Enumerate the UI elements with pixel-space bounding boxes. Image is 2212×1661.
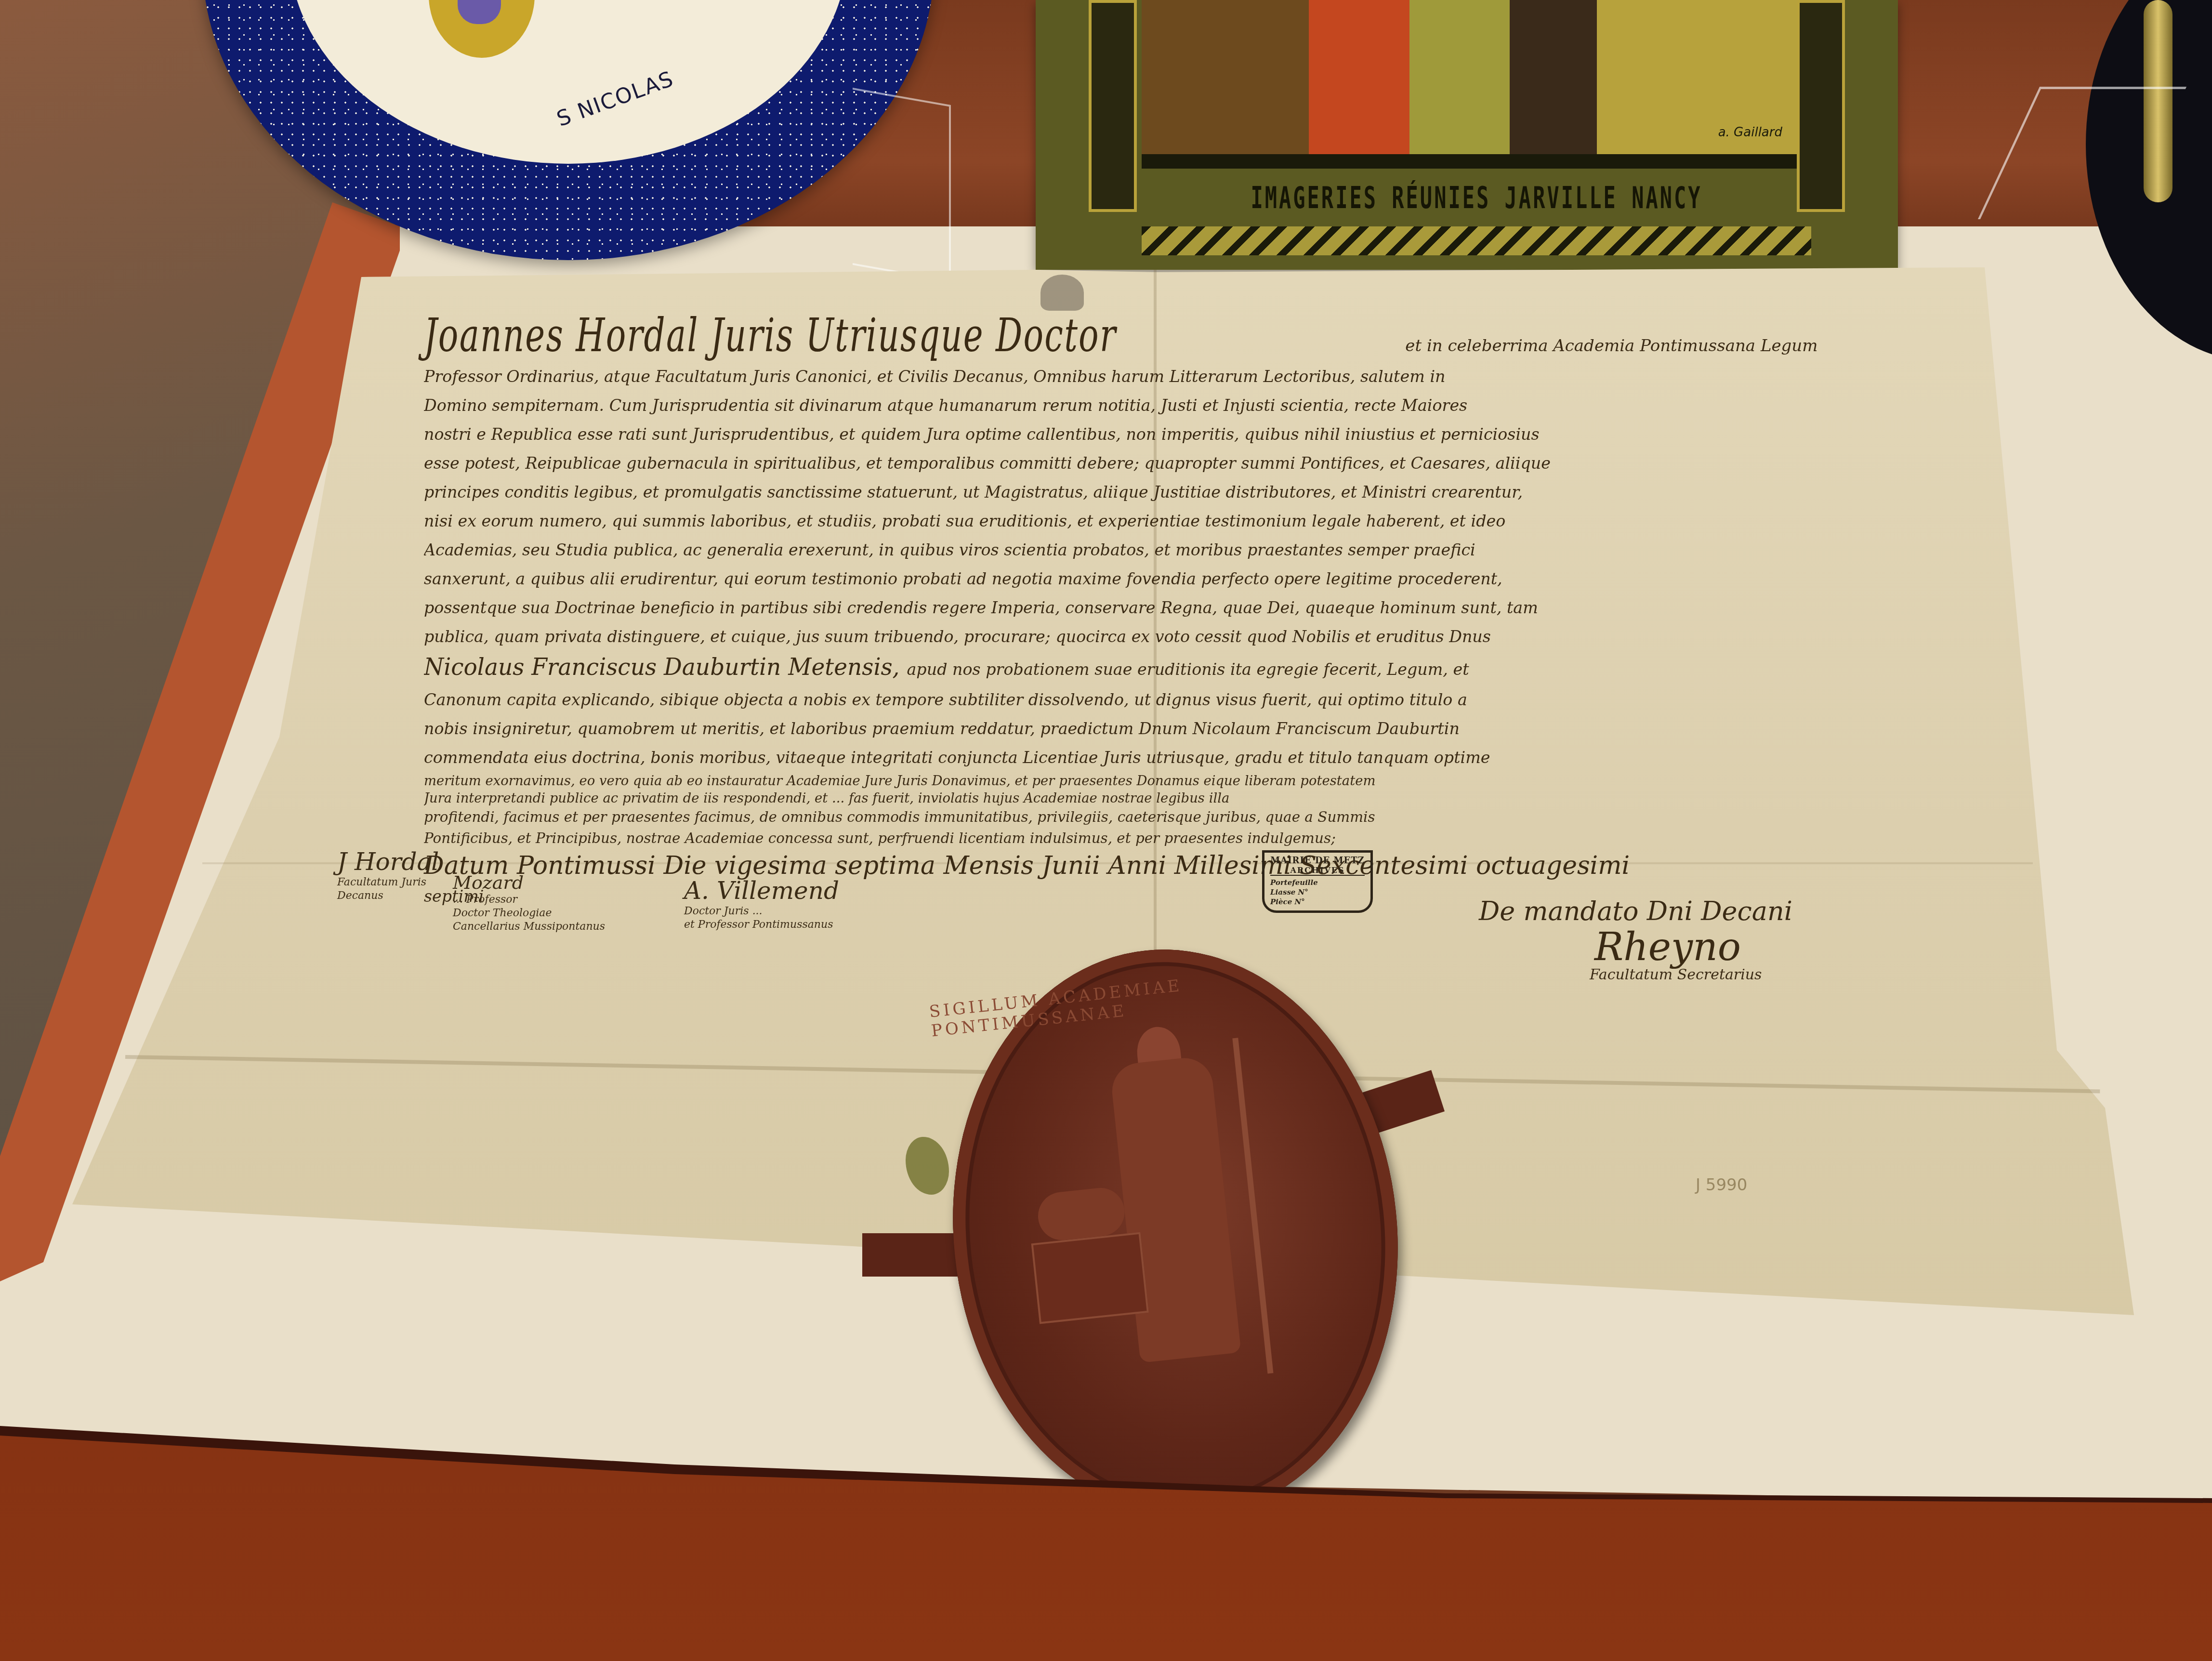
stamp-field: Portefeuille [1270,878,1365,887]
text-line: principes conditis legibus, et promulgat… [424,478,2005,507]
candidate-line-rest: apud nos probationem suae eruditionis it… [907,660,1469,679]
text-line: Jura interpretandi publice ac privatim d… [424,790,2005,807]
text-line: Academias, seu Studia publica, ac genera… [424,536,2005,565]
text-line: profitendi, facimus et per praesentes fa… [424,807,2005,828]
archives-stamp: MAIRIE DE METZ ARCHIVES Portefeuille Lia… [1262,850,1373,913]
text-line: nobis insigniretur, quamobrem ut meritis… [424,714,2005,743]
diploma-text: Joannes Hordal Juris Utriusque Doctor et… [424,308,2038,911]
stamp-title: MAIRIE DE METZ [1270,856,1365,866]
signature-title: Cancellarius Mussipontanus [453,920,605,934]
poster-pillar-left [1089,0,1137,212]
poster-signature: a. Gaillard [1718,125,1782,140]
wax-seal: SIGILLUM ACADEMIAE PONTIMUSSANAE [925,927,1425,1539]
text-line: nostri e Republica esse rati sunt Jurisp… [424,420,2005,449]
signature-title: Doctor Juris ... [684,905,839,918]
poster-illustration: a. Gaillard [1142,0,1811,169]
poster-banner: IMAGERIES RÉUNIES JARVILLE NANCY [1142,169,1811,226]
stamp-field: Liasse N° [1270,887,1365,897]
text-line: Pontificibus, et Principibus, nostrae Ac… [424,828,2005,849]
text-line: nisi ex eorum numero, qui summis laborib… [424,507,2005,536]
signatures-block: J Hordal Facultatum Juris Decanus Mozard… [337,848,915,973]
signature-title: Decanus [337,889,439,903]
stamp-field: Pièce N° [1270,897,1365,907]
tub-icon [1031,1232,1149,1324]
seal-ribbon-left [862,1233,959,1277]
heading-tail: et in celeberrima Academia Pontimussana … [1405,336,1817,356]
text-line: Domino sempiternam. Cum Jurisprudentia s… [424,391,2005,420]
secretary-signature: Rheyno [1594,924,1792,969]
plate-robe [458,0,501,24]
candidate-line: Nicolaus Franciscus Dauburtin Metensis, … [424,651,2005,685]
signature-title: Facultatum Juris [337,876,439,889]
signature-title: Doctor Theologiae [453,907,605,920]
text-line: commendata eius doctrina, bonis moribus,… [424,743,2005,772]
text-line: esse potest, Reipublicae gubernacula in … [424,449,2005,478]
secretary-role: Facultatum Secretarius [1590,966,1792,983]
plate-center [289,0,848,164]
signature-title: ... Professor [453,893,605,907]
text-line: sanxerunt, a quibus alii erudirentur, qu… [424,565,2005,593]
signature-hordal: J Hordal Facultatum Juris Decanus [337,848,439,903]
signature-villemend: A. Villemend Doctor Juris ... et Profess… [684,877,839,932]
text-line: publica, quam privata distinguere, et cu… [424,622,2005,651]
text-line: meritum exornavimus, eo vero quia ab eo … [424,772,2005,790]
text-line: Professor Ordinarius, atque Facultatum J… [424,362,2005,391]
pelican-emblem-icon [1040,275,1084,311]
museum-display-scene: S NICOLAS a. Gaillard IMAGERIES RÉUNIES … [0,0,2212,1661]
signature-name: J Hordal [337,848,439,876]
signature-name: A. Villemend [684,877,839,905]
candidate-name: Nicolaus Franciscus Dauburtin Metensis, [424,654,900,681]
mandate-block: De mandato Dni Decani Rheyno Facultatum … [1479,896,1792,983]
mandate-line: De mandato Dni Decani [1479,896,1792,926]
pencil-inventory-note: J 5990 [1696,1175,1747,1195]
plate-acrylic-stand [853,88,951,282]
imagerie-poster: a. Gaillard IMAGERIES RÉUNIES JARVILLE N… [1036,0,1898,270]
heading-name: Joannes Hordal Juris Utriusque Doctor [424,308,1117,362]
text-line: Canonum capita explicando, sibique objec… [424,685,2005,714]
poster-zigzag-border [1142,226,1811,255]
signature-chancellor: Mozard ... Professor Doctor Theologiae C… [453,872,605,934]
signature-name: Mozard [453,872,605,893]
diploma-heading: Joannes Hordal Juris Utriusque Doctor et… [424,308,2038,362]
text-line: possentque sua Doctrinae beneficio in pa… [424,593,2005,622]
stamp-subtitle: ARCHIVES [1270,866,1365,876]
poster-title: IMAGERIES RÉUNIES JARVILLE NANCY [1251,180,1702,215]
signature-title: et Professor Pontimussanus [684,918,839,932]
